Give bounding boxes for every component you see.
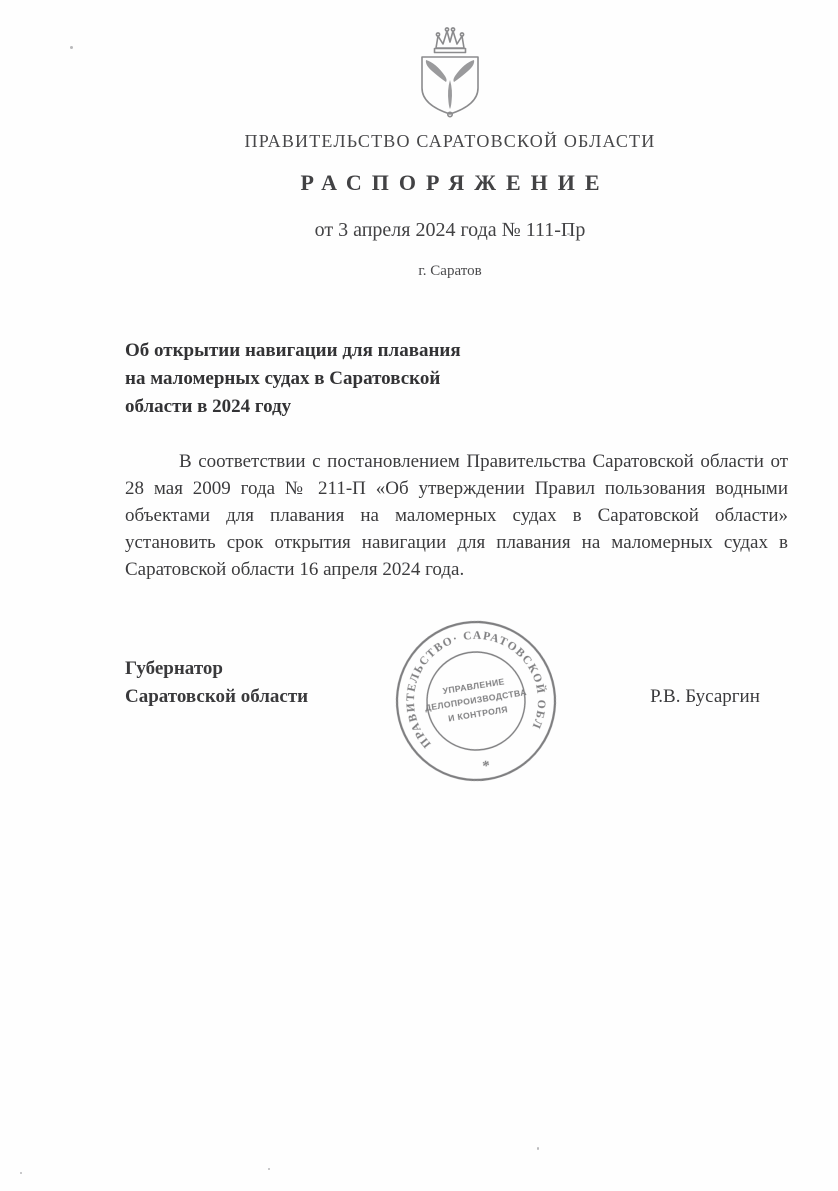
date-and-number-line: от 3 апреля 2024 года № 111-Пр [60,219,838,242]
signer-name: Р.В. Бусаргин [620,686,790,708]
official-round-stamp: ПРАВИТЕЛЬСТВО· САРАТОВСКОЙ ОБЛАСТИ УПРАВ… [375,600,576,801]
body-paragraph: В соответствии с постановлением Правител… [125,448,788,583]
document-subject: Об открытии навигации для плавания на ма… [125,337,545,421]
organization-name: ПРАВИТЕЛЬСТВО САРАТОВСКОЙ ОБЛАСТИ [60,131,838,152]
scan-speck [755,455,757,458]
signer-position-line-2: Саратовской области [125,683,405,711]
sterlets-icon [426,60,474,109]
scan-speck [20,1172,22,1174]
coat-of-arms-icon [409,26,491,120]
scan-speck [268,1168,270,1170]
subject-line-1: Об открытии навигации для плавания [125,337,545,365]
subject-line-3: области в 2024 году [125,393,545,421]
scan-speck [567,233,570,235]
document-page: ПРАВИТЕЛЬСТВО САРАТОВСКОЙ ОБЛАСТИ РАСПОР… [0,0,838,1191]
scan-speck [537,1147,539,1150]
document-type-title: РАСПОРЯЖЕНИЕ [60,170,838,196]
signer-position: Губернатор Саратовской области [125,655,405,711]
stamp-bottom-star: * [481,758,491,775]
subject-line-2: на маломерных судах в Саратовской [125,365,545,393]
scan-speck [70,46,73,49]
signer-position-line-1: Губернатор [125,655,405,683]
city-line: г. Саратов [60,263,838,280]
